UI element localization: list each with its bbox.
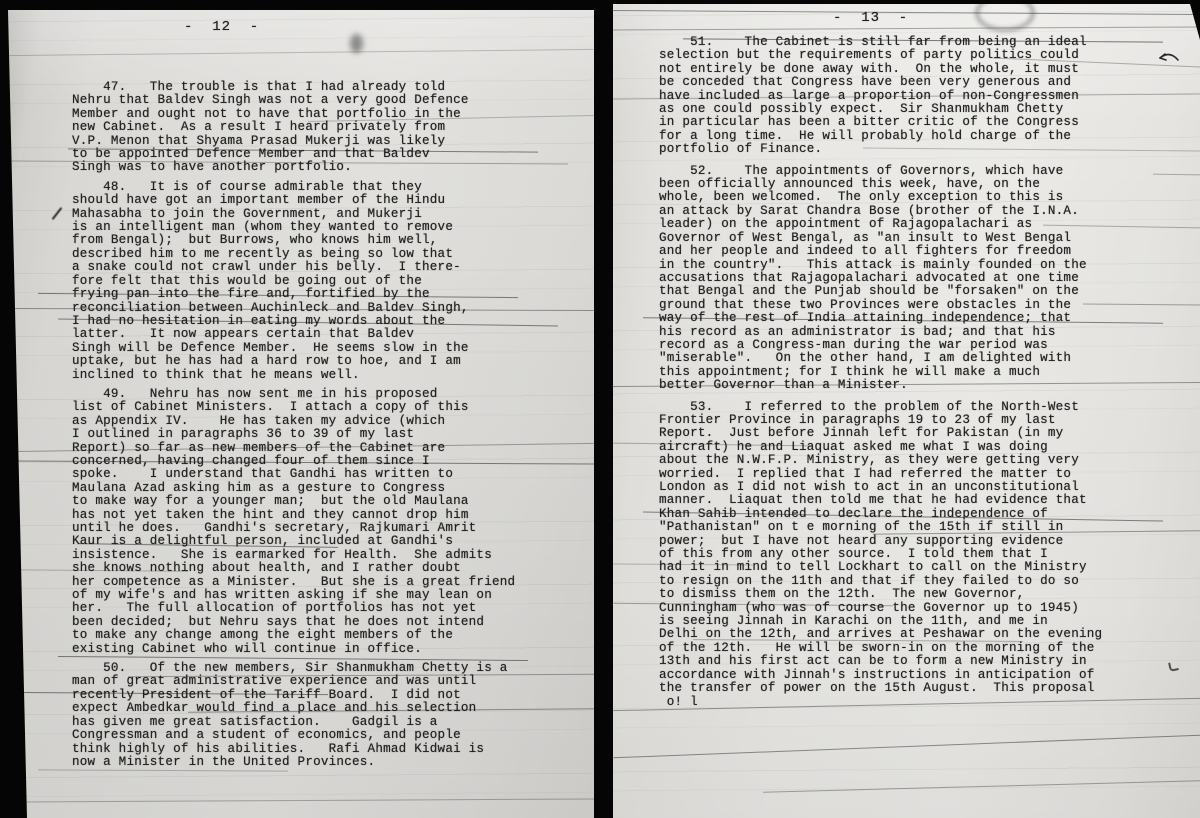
page-13-number: - 13 - [833, 10, 908, 26]
scan-streak [763, 780, 1200, 792]
page-12-body: 47. The trouble is that I had already to… [72, 81, 588, 775]
paragraph-51: 51. The Cabinet is still far from being … [659, 36, 1196, 157]
page-12-number: - 12 - [184, 19, 259, 35]
page-13-body: 51. The Cabinet is still far from being … [659, 36, 1196, 717]
scan-streak [8, 49, 594, 56]
stamp-smudge-ring [975, 4, 1035, 32]
scanned-document: - 12 - 47. The trouble is that I had alr… [0, 0, 1200, 818]
pen-tick-mark [1168, 661, 1179, 672]
page-12: - 12 - 47. The trouble is that I had alr… [8, 10, 594, 818]
paragraph-49: 49. Nehru has now sent me in his propose… [72, 388, 588, 656]
ink-smudge [350, 34, 363, 53]
scan-streak [8, 798, 594, 802]
paragraph-48: 48. It is of course admirable that they … [72, 181, 588, 382]
pen-slash-mark [52, 207, 63, 220]
scan-streak [613, 735, 1200, 759]
paragraph-47: 47. The trouble is that I had already to… [72, 81, 588, 175]
paragraph-53: 53. I referred to the problem of the Nor… [659, 401, 1196, 709]
page-13: - 13 - 51. The Cabinet is still far from… [613, 4, 1200, 818]
scan-streak [613, 26, 1200, 30]
handwritten-arrow-mark [1157, 50, 1181, 71]
paragraph-50: 50. Of the new members, Sir Shanmukham C… [72, 662, 588, 769]
paragraph-52: 52. The appointments of Governors, which… [659, 165, 1196, 393]
